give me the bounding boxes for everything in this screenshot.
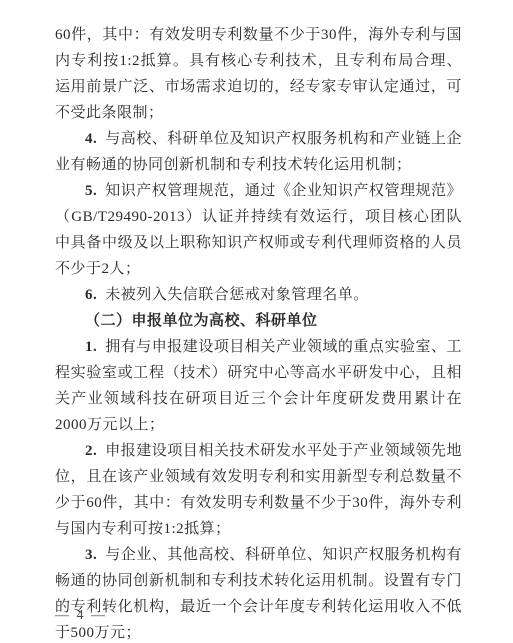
item-text: 与高校、科研单位及知识产权服务机构和产业链上企业有畅通的协同创新机制和专利技术转… [55, 131, 462, 173]
page-number: — 4 — [55, 606, 107, 626]
item-text: 与企业、其他高校、科研单位、知识产权服务机构有畅通的协同创新机制和专利技术转化运… [55, 547, 462, 641]
document-page: 60件，其中：有效发明专利数量不少于30件，海外专利与国内专利按1:2抵算。具有… [0, 0, 513, 643]
list-item-5: 5.知识产权管理规范，通过《企业知识产权管理规范》（GB/T29490-2013… [55, 178, 462, 282]
list-item-2: 2.申报建设项目相关技术研发水平处于产业领域领先地位，且在该产业领域有效发明专利… [55, 438, 462, 542]
document-body: 60件，其中：有效发明专利数量不少于30件，海外专利与国内专利按1:2抵算。具有… [55, 22, 462, 643]
list-item-4: 4.与高校、科研单位及知识产权服务机构和产业链上企业有畅通的协同创新机制和专利技… [55, 126, 462, 178]
list-item-3: 3.与企业、其他高校、科研单位、知识产权服务机构有畅通的协同创新机制和专利技术转… [55, 542, 462, 643]
item-text: 未被列入失信联合惩戒对象管理名单。 [105, 287, 369, 303]
item-number: 3. [85, 547, 97, 563]
section-heading: （二）申报单位为高校、科研单位 [55, 308, 462, 334]
item-number: 2. [85, 443, 97, 459]
item-text: 拥有与申报建设项目相关产业领域的重点实验室、工程实验室或工程（技术）研究中心等高… [55, 339, 462, 433]
item-text: 知识产权管理规范，通过《企业知识产权管理规范》（GB/T29490-2013）认… [55, 183, 462, 277]
list-item-1: 1.拥有与申报建设项目相关产业领域的重点实验室、工程实验室或工程（技术）研究中心… [55, 334, 462, 438]
item-number: 5. [85, 183, 97, 199]
list-item-6: 6.未被列入失信联合惩戒对象管理名单。 [55, 282, 462, 308]
item-number: 4. [85, 131, 97, 147]
item-text: 申报建设项目相关技术研发水平处于产业领域领先地位，且在该产业领域有效发明专利和实… [55, 443, 462, 537]
paragraph-continuation: 60件，其中：有效发明专利数量不少于30件，海外专利与国内专利按1:2抵算。具有… [55, 22, 462, 126]
item-number: 1. [85, 339, 97, 355]
item-number: 6. [85, 287, 97, 303]
